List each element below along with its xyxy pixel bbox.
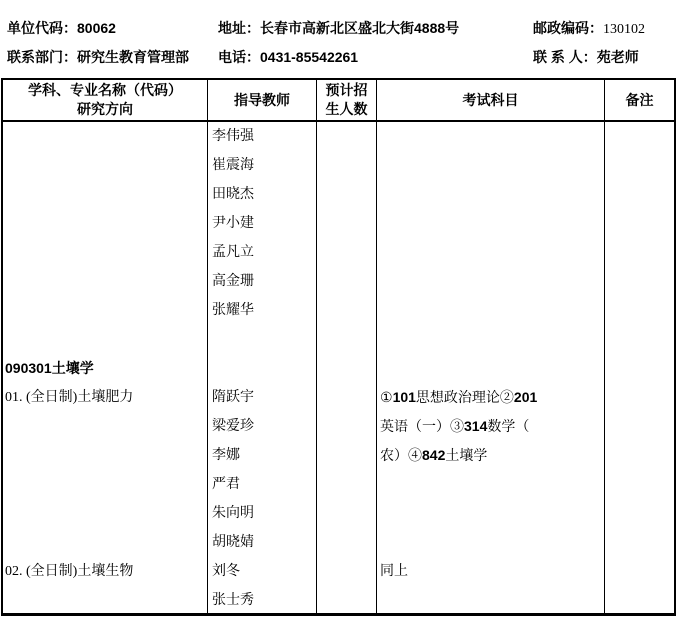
text-line	[380, 354, 604, 383]
text-line	[5, 586, 207, 613]
postal-code-label: 邮政编码：	[533, 20, 603, 36]
text-line	[5, 325, 207, 354]
department-value: 研究生教育管理部	[77, 49, 189, 65]
table-body-row: 090301土壤学01. (全日制)土壤肥力02. (全日制)土壤生物 李伟强崔…	[3, 122, 674, 613]
department-row: 联系部门：研究生教育管理部	[7, 43, 189, 72]
phone-row: 电话：0431-85542261	[218, 43, 459, 72]
department-label: 联系部门：	[7, 49, 77, 65]
text-line	[380, 586, 604, 613]
text-line: 02. (全日制)土壤生物	[5, 557, 207, 586]
text-line	[5, 238, 207, 267]
text-line	[380, 470, 604, 499]
address-label: 地址：	[218, 20, 260, 36]
text-line: 李娜	[212, 441, 316, 470]
postal-code-value: 130102	[603, 22, 645, 37]
text-line: 英语（一）③314数学（	[380, 412, 604, 441]
text-line: 刘冬	[212, 557, 316, 586]
text-line	[212, 354, 316, 383]
text-line	[5, 122, 207, 151]
header-remarks-column: 备注	[605, 80, 674, 120]
text-line	[380, 296, 604, 325]
contact-person-row: 联 系 人：苑老师	[533, 43, 645, 72]
header-supervisor-label: 指导教师	[234, 91, 290, 110]
text-line: 农）④842土壤学	[380, 441, 604, 470]
text-segment: 201	[514, 389, 537, 405]
unit-code-row: 单位代码：80062	[7, 14, 189, 43]
info-middle-column: 地址：长春市高新北区盛北大街4888号 电话：0431-85542261	[218, 14, 459, 72]
header-enrollment-line2: 生人数	[326, 100, 368, 119]
text-line	[380, 528, 604, 557]
enrollment-column-cell	[317, 122, 377, 613]
text-line: 090301土壤学	[5, 354, 207, 383]
admissions-table: 学科、专业名称（代码） 研究方向 指导教师 预计招 生人数 考试科目 备注 09…	[1, 78, 676, 616]
text-line: 高金珊	[212, 267, 316, 296]
address-value: 长春市高新北区盛北大街4888号	[260, 20, 459, 36]
text-line	[380, 238, 604, 267]
text-line	[5, 267, 207, 296]
text-line	[5, 209, 207, 238]
text-line	[5, 528, 207, 557]
text-line	[380, 180, 604, 209]
header-supervisor-column: 指导教师	[208, 80, 317, 120]
text-segment: 101	[393, 389, 416, 405]
text-line	[5, 470, 207, 499]
exam-subjects-cell: ①101思想政治理论②201英语（一）③314数学（农）④842土壤学同上	[377, 122, 605, 613]
text-line: 张士秀	[212, 586, 316, 613]
contact-person-label: 联 系 人：	[533, 49, 597, 65]
text-line: 01. (全日制)土壤肥力	[5, 383, 207, 412]
address-row: 地址：长春市高新北区盛北大街4888号	[218, 14, 459, 43]
text-line: 张耀华	[212, 296, 316, 325]
text-line: 李伟强	[212, 122, 316, 151]
phone-label: 电话：	[218, 49, 260, 65]
text-line: 崔震海	[212, 151, 316, 180]
text-line: 严君	[212, 470, 316, 499]
remarks-column-cell	[605, 122, 674, 613]
header-remarks-label: 备注	[626, 91, 654, 110]
header-exam-column: 考试科目	[377, 80, 605, 120]
text-line	[5, 441, 207, 470]
unit-code-label: 单位代码：	[7, 20, 77, 36]
text-line	[5, 296, 207, 325]
postal-code-row: 邮政编码：130102	[533, 14, 645, 43]
text-line: 胡晓婧	[212, 528, 316, 557]
text-line: 尹小建	[212, 209, 316, 238]
table-header-row: 学科、专业名称（代码） 研究方向 指导教师 预计招 生人数 考试科目 备注	[3, 80, 674, 122]
text-line	[5, 499, 207, 528]
text-line: 同上	[380, 557, 604, 586]
info-right-column: 邮政编码：130102 联 系 人：苑老师	[533, 14, 645, 72]
info-left-column: 单位代码：80062 联系部门：研究生教育管理部	[7, 14, 189, 72]
contact-person-value: 苑老师	[597, 49, 639, 65]
text-line	[212, 325, 316, 354]
text-line	[5, 180, 207, 209]
text-segment: 842	[422, 447, 445, 463]
text-line	[380, 325, 604, 354]
major-column-cell: 090301土壤学01. (全日制)土壤肥力02. (全日制)土壤生物	[3, 122, 208, 613]
text-segment: 英语（一）③	[380, 420, 464, 435]
phone-value: 0431-85542261	[260, 49, 358, 65]
text-line: ①101思想政治理论②201	[380, 383, 604, 412]
header-enrollment-line1: 预计招	[326, 81, 368, 100]
header-major-line1: 学科、专业名称（代码）	[28, 81, 182, 100]
text-segment: 土壤学	[445, 449, 487, 464]
supervisor-column-cell: 李伟强崔震海田晓杰尹小建孟凡立高金珊张耀华隋跃宇梁爱珍李娜严君朱向明胡晓婧刘冬张…	[208, 122, 317, 613]
text-line: 田晓杰	[212, 180, 316, 209]
text-line: 隋跃宇	[212, 383, 316, 412]
text-line: 孟凡立	[212, 238, 316, 267]
header-major-column: 学科、专业名称（代码） 研究方向	[3, 80, 208, 120]
text-line: 梁爱珍	[212, 412, 316, 441]
text-line	[380, 151, 604, 180]
admissions-document-page: 单位代码：80062 联系部门：研究生教育管理部 地址：长春市高新北区盛北大街4…	[0, 0, 678, 629]
unit-code-value: 80062	[77, 20, 116, 36]
header-enrollment-column: 预计招 生人数	[317, 80, 377, 120]
text-segment: ①	[380, 391, 393, 406]
text-segment: 农）④	[380, 449, 422, 464]
text-segment: 314	[464, 418, 487, 434]
text-segment: 思想政治理论②	[416, 391, 514, 406]
text-line	[380, 122, 604, 151]
text-line	[380, 209, 604, 238]
text-line	[380, 267, 604, 296]
text-line: 朱向明	[212, 499, 316, 528]
text-segment: 090301土壤学	[5, 360, 94, 376]
text-line	[5, 151, 207, 180]
header-major-line2: 研究方向	[77, 100, 133, 119]
header-exam-label: 考试科目	[463, 91, 519, 110]
text-line	[5, 412, 207, 441]
text-line	[380, 499, 604, 528]
text-segment: 数学（	[487, 420, 529, 435]
